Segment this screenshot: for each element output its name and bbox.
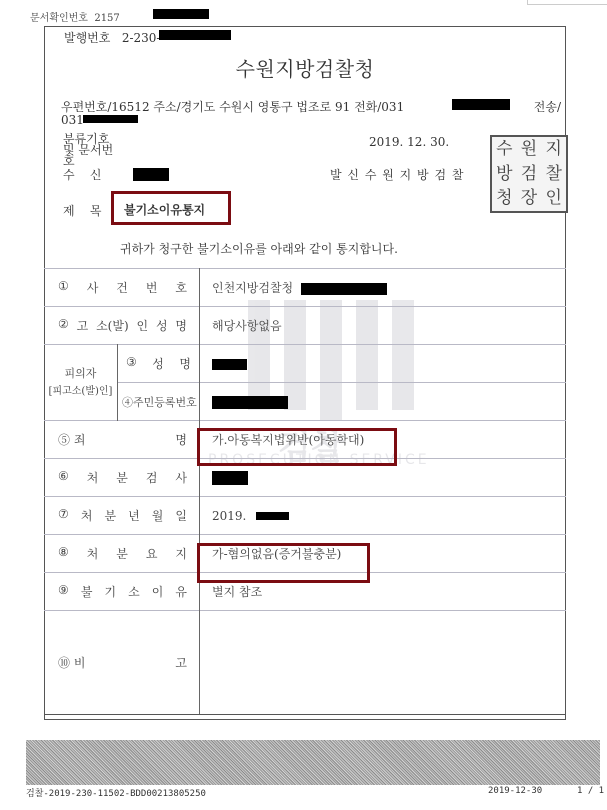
- row-value-remarks: [200, 611, 567, 715]
- doc-confirm-label: 문서확인번호: [30, 13, 88, 24]
- seal-char: 장: [517, 186, 542, 211]
- security-barcode-strip: [26, 740, 600, 785]
- row-label-charge: ⑤ 죄명: [44, 421, 200, 459]
- row-value-complainant: 해당사항없음: [200, 307, 567, 345]
- highlight-box-charge: [197, 428, 397, 466]
- issue-label: 발행번호: [64, 31, 110, 45]
- case-office: 인천지방검찰청: [212, 281, 293, 295]
- row-label-complainant: ②고소(발)인성명: [44, 307, 200, 345]
- address-line: 우편번호/16512 주소/경기도 수원시 영통구 법조로 91 전화/031: [61, 100, 404, 114]
- seal-char: 청: [492, 186, 517, 211]
- official-seal-stamp: 수 원 지 방 검 찰 청 장 인: [490, 135, 568, 213]
- seal-char: 방: [492, 162, 517, 187]
- issue-number: 발행번호 2-230-: [64, 29, 160, 46]
- row-value-resident-number: [200, 383, 567, 421]
- corner-tab: [527, 0, 607, 5]
- subject-label: 제 목: [63, 202, 101, 219]
- recipient-label: 수 신: [63, 166, 101, 183]
- row-label-resident-number: ④주민등록번호: [118, 383, 200, 421]
- redaction: [83, 115, 138, 123]
- row-label-case-number: ①사건번호: [44, 269, 200, 307]
- seal-char: 찰: [541, 162, 566, 187]
- seal-char: 수: [492, 137, 517, 162]
- redaction: [212, 359, 247, 370]
- row-label-remarks: ⑩ 비고: [44, 611, 200, 715]
- notice-table: ①사건번호 인천지방검찰청 ②고소(발)인성명 해당사항없음 피의자 [피고소(…: [44, 268, 566, 715]
- redaction: [159, 30, 231, 40]
- footer-page: 1 / 1: [577, 786, 604, 796]
- row-value-case-number: 인천지방검찰청: [200, 269, 567, 307]
- redaction: [301, 283, 387, 295]
- row-label-suspect-group: 피의자 [피고소(발)인]: [44, 345, 118, 421]
- table-row: ⑩ 비고: [44, 611, 566, 715]
- disposition-year: 2019.: [212, 509, 246, 523]
- table-row: ④주민등록번호: [44, 383, 566, 421]
- row-label-suspect-name: ③성명: [118, 345, 200, 383]
- document-date: 2019. 12. 30.: [369, 135, 449, 149]
- doc-confirm-value: 2157: [94, 13, 119, 24]
- office-title: 수원지방검찰청: [44, 53, 566, 82]
- redaction: [133, 168, 169, 181]
- footer-document-code: 검찰-2019-230-11502-BDD00213805250: [26, 786, 206, 799]
- row-value-disposition-date: 2019.: [200, 497, 567, 535]
- seal-char: 원: [517, 137, 542, 162]
- row-value-suspect-name: [200, 345, 567, 383]
- doc-confirm-number: 문서확인번호 2157: [30, 9, 120, 24]
- table-row: ⑦처분년월일 2019.: [44, 497, 566, 535]
- highlight-box-disposition: [197, 543, 370, 583]
- intro-text: 귀하가 청구한 불기소이유를 아래와 같이 통지합니다.: [120, 240, 398, 257]
- fax-label: 전송/: [534, 98, 561, 115]
- redaction: [212, 471, 248, 485]
- seal-char: 지: [541, 137, 566, 162]
- table-row: ②고소(발)인성명 해당사항없음: [44, 307, 566, 345]
- redaction: [256, 512, 289, 520]
- issue-value: 2-230-: [122, 31, 161, 45]
- sender: 발 신 수 원 지 방 검 찰: [330, 166, 464, 183]
- table-row: 피의자 [피고소(발)인] ③성명: [44, 345, 566, 383]
- row-label-non-indictment-reason: ⑨불기소이유: [44, 573, 200, 611]
- row-label-disposition-summary: ⑧처분요지: [44, 535, 200, 573]
- footer-date: 2019-12-30: [488, 786, 542, 796]
- highlight-box-subject: [111, 191, 231, 225]
- row-label-disposition-date: ⑦처분년월일: [44, 497, 200, 535]
- table-row: ①사건번호 인천지방검찰청: [44, 269, 566, 307]
- redaction: [212, 396, 288, 409]
- seal-char: 인: [541, 186, 566, 211]
- row-label-prosecutor: ⑥처분검사: [44, 459, 200, 497]
- redaction: [452, 99, 510, 110]
- redaction: [153, 9, 209, 19]
- seal-char: 검: [517, 162, 542, 187]
- class-label: 분류기호 및 문서번호: [63, 134, 123, 167]
